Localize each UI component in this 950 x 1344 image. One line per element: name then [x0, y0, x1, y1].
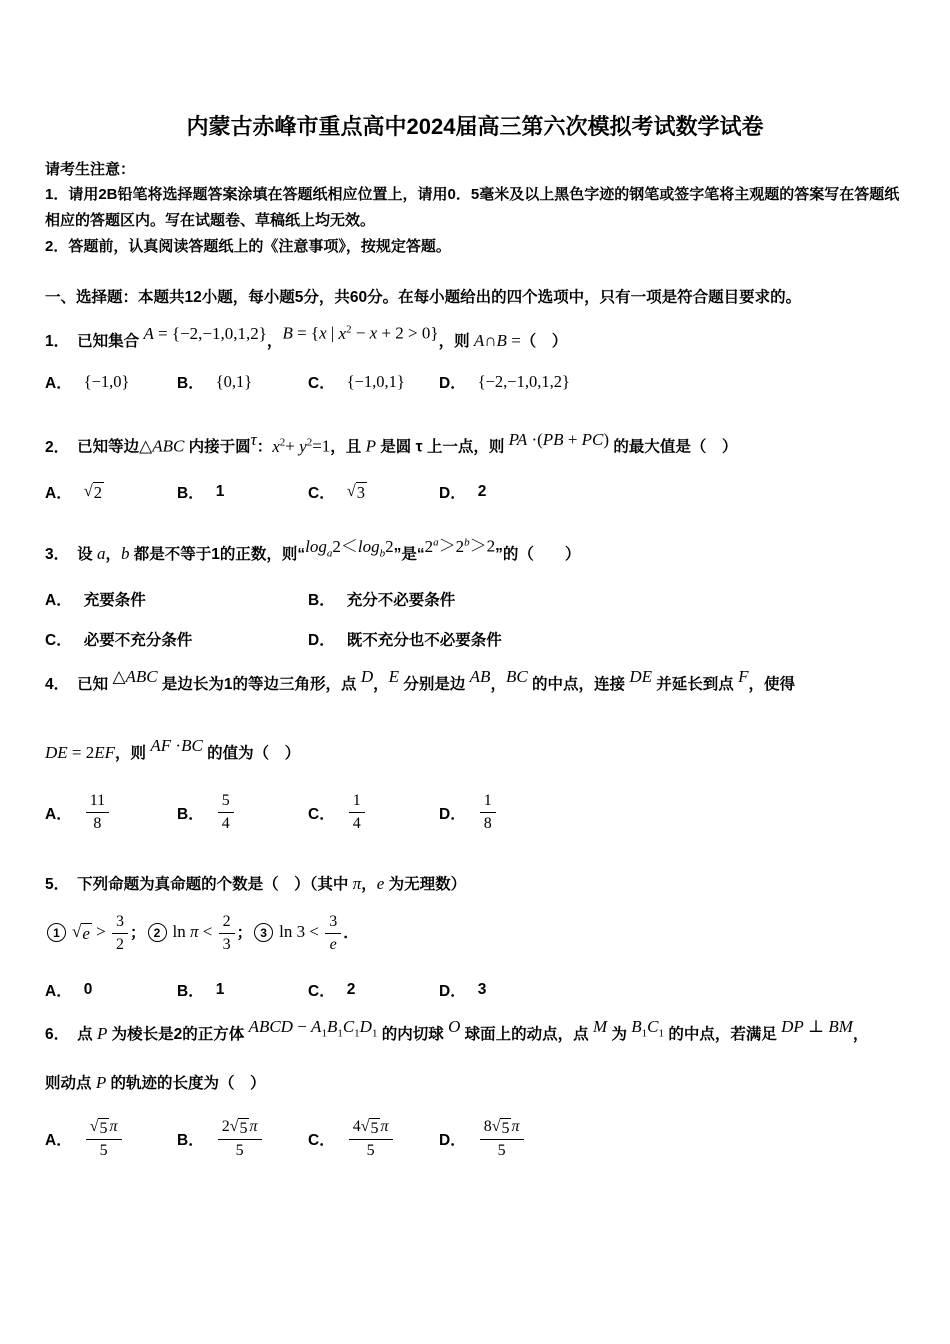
text: ，则: [439, 333, 474, 350]
math-formula: BC: [506, 668, 528, 687]
circled-number: 3: [254, 923, 273, 942]
radical: √5: [361, 1118, 381, 1138]
questions-container: 1．已知集合 A = {−2,−1,0,1,2}，B = {x | x2 − x…: [45, 322, 905, 1167]
text: 3: [478, 981, 487, 998]
math-formula: D: [361, 668, 373, 687]
question-4-stem-line-1: 4．已知 △ABC 是边长为1的等边三角形，点 D，E 分别是边 AB，BC 的…: [45, 666, 905, 704]
subscript-group: C1: [647, 1017, 664, 1036]
option-value: 14: [347, 791, 367, 834]
question-number: 6．: [45, 1026, 69, 1043]
text: ＞: [439, 537, 456, 556]
math-var: π: [353, 874, 362, 893]
question-5-stem-line-1: 5．下列命题为真命题的个数是（ ）（其中 π，e 为无理数）: [45, 865, 905, 904]
text: ·: [171, 736, 181, 755]
circled-number: 2: [148, 923, 167, 942]
text: 1: [353, 792, 361, 809]
option-value: √3: [347, 481, 367, 503]
text: 3: [357, 483, 365, 502]
question-1-stem-line-1: 1．已知集合 A = {−2,−1,0,1,2}，B = {x | x2 − x…: [45, 322, 905, 361]
math-var: BM: [828, 1017, 853, 1036]
option-label: C．: [308, 371, 335, 393]
text: 内接于圆: [184, 439, 250, 456]
text: 2: [385, 537, 394, 556]
option-label: D．: [439, 1128, 466, 1150]
question-1-option-B: B．{0,1}: [177, 371, 308, 393]
math-formula: 118: [84, 801, 111, 820]
option-value: √5π5: [84, 1117, 124, 1161]
option-label: B．: [177, 481, 204, 503]
math-formula: ln π < 23: [173, 922, 237, 941]
math-var: O: [448, 1017, 460, 1036]
text: 为棱长是2的正方体: [107, 1026, 248, 1043]
text: 5: [99, 1120, 107, 1137]
text: ”是“: [394, 546, 425, 563]
math-var: C: [647, 1017, 658, 1036]
question-6-stem-line-2: 则动点 P 的轨迹的长度为（ ）: [45, 1064, 905, 1103]
text: 4: [222, 815, 230, 832]
text: 8: [484, 1118, 492, 1135]
text: 既不充分也不必要条件: [347, 632, 502, 649]
text: |: [327, 324, 339, 343]
option-value: 2√5π5: [216, 1117, 264, 1161]
math-var: τ: [251, 430, 257, 449]
text: 2: [478, 483, 487, 500]
math-var: DE: [629, 667, 652, 686]
text: 设: [77, 546, 97, 563]
text: 分别是边: [399, 676, 470, 693]
radical: √5: [230, 1118, 250, 1138]
text: 充要条件: [84, 592, 146, 609]
option-value: 既不充分也不必要条件: [347, 628, 502, 650]
option-label: B．: [177, 802, 204, 824]
text: 8: [484, 815, 492, 832]
option-value: {−2,−1,0,1,2}: [478, 372, 570, 392]
text: ”的（ ）: [495, 546, 580, 563]
math-var: C: [343, 1017, 354, 1036]
math-var: e: [82, 924, 90, 943]
text: 已知等边: [77, 439, 139, 456]
math-var: y: [299, 437, 307, 456]
page-title: 内蒙古赤峰市重点高中2024届高三第六次模拟考试数学试卷: [45, 112, 905, 142]
question-3-option-A: A．充要条件: [45, 588, 308, 610]
question-6-option-A: A．√5π5: [45, 1117, 177, 1161]
text: 是圆 τ 上一点，则: [376, 439, 509, 456]
math-var: BC: [506, 667, 528, 686]
text: ⊥: [804, 1017, 829, 1036]
math-formula: {0,1}: [216, 372, 252, 391]
fraction: 4√5π5: [349, 1117, 393, 1161]
text: ．: [343, 924, 359, 941]
radical: √5: [90, 1118, 110, 1138]
question-2-option-A: A．√2: [45, 481, 177, 503]
question-1-option-A: A．{−1,0}: [45, 371, 177, 393]
subscript-group: B1: [327, 1017, 343, 1036]
question-5-stem-line-2: 1√e > 32；2ln π < 23；3ln 3 < 3e．: [45, 912, 905, 955]
fraction: 32: [112, 912, 128, 955]
option-label: D．: [439, 371, 466, 393]
text: 2: [425, 537, 434, 556]
question-4-option-A: A．118: [45, 791, 177, 834]
option-label: A．: [45, 802, 72, 824]
text: ，: [361, 876, 377, 893]
text: ): [603, 430, 609, 449]
option-label: C．: [308, 1128, 335, 1150]
radical: √2: [84, 482, 104, 503]
math-formula: 4√5π5: [347, 1127, 395, 1146]
option-value: 118: [84, 791, 111, 834]
text: ，: [490, 676, 506, 693]
math-var: A: [143, 324, 153, 343]
text: 0: [84, 981, 93, 998]
fraction: √5π5: [86, 1117, 122, 1161]
option-label: C．: [308, 979, 335, 1001]
text: ，使得: [749, 676, 796, 693]
math-formula: loga2＜logb2: [305, 538, 393, 559]
math-formula: √5π5: [84, 1127, 124, 1146]
text: 球面上的动点，点: [460, 1026, 593, 1043]
math-formula: △ABC: [139, 437, 184, 456]
math-var: DE: [45, 743, 68, 762]
question-1-option-C: C．{−1,0,1}: [308, 371, 439, 393]
fraction: 8√5π5: [480, 1117, 524, 1161]
text: 并延长到点: [652, 676, 738, 693]
text: △: [139, 437, 152, 456]
question-6-option-C: C．4√5π5: [308, 1117, 439, 1161]
math-formula: √2: [84, 481, 104, 500]
text: 已知: [77, 676, 112, 693]
math-var: P: [97, 1024, 107, 1043]
notice-item-2: 2．答题前，认真阅读答题纸上的《注意事项》，按规定答题。: [45, 234, 905, 260]
option-label: A．: [45, 371, 72, 393]
option-value: 1: [216, 483, 225, 501]
math-formula: {−2,−1,0,1,2}: [478, 372, 570, 391]
radical: √5: [492, 1118, 512, 1138]
math-formula: 54: [216, 801, 236, 820]
option-label: D．: [439, 979, 466, 1001]
fraction: 18: [480, 791, 496, 834]
question-number: 2．: [45, 439, 69, 456]
math-var: D: [360, 1017, 372, 1036]
text: −: [352, 324, 370, 343]
math-formula: B = {x | x2 − x + 2 > 0}: [282, 323, 438, 343]
math-var: x: [272, 437, 280, 456]
option-value: 8√5π5: [478, 1117, 526, 1161]
math-var: PC: [582, 430, 604, 449]
text: ，: [105, 546, 121, 563]
text: =: [507, 331, 521, 350]
question-5-option-A: A．0: [45, 979, 177, 1001]
text: 1: [216, 483, 225, 500]
radical: √3: [347, 482, 367, 503]
option-label: A．: [45, 588, 72, 610]
radical-sign: √: [361, 1118, 370, 1136]
question-4-option-B: B．54: [177, 791, 308, 834]
math-formula: P: [97, 1024, 107, 1043]
text: 5: [236, 1142, 244, 1159]
math-formula: τ: [251, 431, 257, 450]
math-var: π: [380, 1118, 388, 1135]
text: ，则: [115, 745, 150, 762]
text: 必要不充分条件: [84, 632, 193, 649]
option-value: √2: [84, 481, 104, 503]
math-formula: 2a＞2b＞2: [425, 536, 496, 556]
math-formula: 18: [478, 801, 498, 820]
fraction: 3e: [325, 912, 341, 955]
math-var: B: [497, 331, 507, 350]
question-4-stem-line-2: DE = 2EF，则 AF ·BC 的值为（ ）: [45, 734, 905, 773]
text: ln: [173, 922, 190, 941]
text: 的中点，若满足: [664, 1026, 781, 1043]
text: ，且: [330, 439, 365, 456]
math-var: π: [249, 1118, 257, 1135]
question-1-option-D: D．{−2,−1,0,1,2}: [439, 371, 905, 393]
text: 2＜: [332, 537, 358, 556]
text: ，: [267, 333, 283, 350]
text: 充分不必要条件: [347, 592, 456, 609]
text: {−1,0,1}: [347, 372, 405, 391]
text: 8: [93, 815, 101, 832]
math-var: P: [366, 437, 376, 456]
option-label: D．: [439, 802, 466, 824]
question-6-option-D: D．8√5π5: [439, 1117, 905, 1161]
text: 5: [239, 1120, 247, 1137]
text: 4: [353, 815, 361, 832]
option-label: B．: [308, 588, 335, 610]
question-2-option-B: B．1: [177, 481, 308, 503]
math-var: B: [631, 1017, 641, 1036]
text: +: [285, 437, 299, 456]
question-3: 3．设 a，b 都是不等于1的正数，则“loga2＜logb2”是“2a＞2b＞…: [45, 535, 905, 650]
math-formula: π: [353, 874, 362, 893]
question-2-stem-line-1: 2．已知等边△ABC 内接于圆τ：x2+ y2=1，且 P 是圆 τ 上一点，则…: [45, 423, 905, 467]
text: 1: [372, 1027, 378, 1039]
subscript-group: A1: [311, 1017, 327, 1036]
question-1: 1．已知集合 A = {−2,−1,0,1,2}，B = {x | x2 − x…: [45, 322, 905, 393]
option-label: B．: [177, 979, 204, 1001]
option-value: {0,1}: [216, 372, 252, 392]
question-5-option-C: C．2: [308, 979, 439, 1001]
radical-sign: √: [230, 1118, 239, 1136]
text: {0,1}: [216, 372, 252, 391]
subscript-group: loga: [305, 537, 332, 556]
math-var: log: [305, 537, 327, 556]
exam-paper-page: 内蒙古赤峰市重点高中2024届高三第六次模拟考试数学试卷 请考生注意： 1．请用…: [0, 0, 950, 1344]
text: △: [112, 667, 125, 686]
math-formula: △ABC: [112, 668, 157, 687]
subscript-group: D1: [360, 1017, 378, 1036]
math-var: F: [738, 667, 748, 686]
section-title: 一、选择题：本题共12小题，每小题5分，共60分。在每小题给出的四个选项中，只有…: [45, 286, 905, 310]
question-2-option-C: C．√3: [308, 481, 439, 503]
math-formula: DP ⊥ BM: [781, 1018, 853, 1037]
question-3-stem-line-1: 3．设 a，b 都是不等于1的正数，则“loga2＜logb2”是“2a＞2b＞…: [45, 535, 905, 574]
math-formula: x2+ y2=1: [272, 437, 330, 456]
question-1-options: A．{−1,0}B．{0,1}C．{−1,0,1}D．{−2,−1,0,1,2}: [45, 371, 905, 393]
radical-sign: √: [347, 482, 356, 500]
math-formula: DE = 2EF: [45, 743, 115, 762]
fraction: 23: [219, 912, 235, 955]
question-6-options: A．√5π5B．2√5π5C．4√5π5D．8√5π5: [45, 1111, 905, 1167]
option-value: 1: [216, 981, 225, 999]
question-4-option-C: C．14: [308, 791, 439, 834]
question-4-option-D: D．18: [439, 791, 905, 834]
text: （ ）: [521, 333, 568, 350]
question-number: 5．: [45, 876, 69, 893]
subscript-group: logb: [358, 537, 385, 556]
question-2-options: A．√2B．1C．√3D．2: [45, 481, 905, 503]
question-5-option-B: B．1: [177, 979, 308, 1001]
math-formula: AF ·BC: [150, 737, 202, 756]
question-3-options: A．充要条件B．充分不必要条件C．必要不充分条件D．既不充分也不必要条件: [45, 588, 905, 650]
math-var: π: [511, 1118, 519, 1135]
subscript-group: B1: [631, 1017, 647, 1036]
circled-number: 1: [47, 923, 66, 942]
text: ＞2: [470, 537, 496, 556]
radical-sign: √: [492, 1118, 501, 1136]
option-label: A．: [45, 1128, 72, 1150]
question-6: 6．点 P 为棱长是2的正方体 ABCD − A1B1C1D1 的内切球 O 球…: [45, 1015, 905, 1167]
math-formula: DE: [629, 668, 652, 687]
text: = {−2,−1,0,1,2}: [154, 324, 267, 343]
math-formula: 14: [347, 801, 367, 820]
option-value: {−1,0}: [84, 372, 130, 392]
fraction: 14: [349, 791, 365, 834]
notice-header: 请考生注意：: [45, 158, 905, 182]
text: 点: [77, 1026, 97, 1043]
option-value: 2: [478, 483, 487, 501]
math-var: B: [327, 1017, 337, 1036]
math-var: A: [474, 331, 484, 350]
text: 11: [90, 792, 105, 809]
text: ；: [237, 924, 253, 941]
math-var: AB: [470, 667, 491, 686]
text: 5: [100, 1142, 108, 1159]
superscript-group: 2a: [425, 537, 439, 556]
fraction: 54: [218, 791, 234, 834]
option-value: 0: [84, 981, 93, 999]
text: 是边长为1的等边三角形，点: [158, 676, 361, 693]
text: 5: [222, 792, 230, 809]
superscript-group: x2: [272, 437, 285, 456]
math-var: AF: [150, 736, 171, 755]
text: 1: [659, 1027, 665, 1039]
radical-sign: √: [84, 482, 93, 500]
question-number: 4．: [45, 676, 69, 693]
option-label: A．: [45, 481, 72, 503]
text: 都是不等于1的正数，则“: [129, 546, 305, 563]
question-3-option-B: B．充分不必要条件: [308, 588, 905, 610]
text: =1: [312, 437, 330, 456]
text: 2: [223, 913, 231, 930]
math-var: E: [389, 667, 399, 686]
option-label: C．: [45, 628, 72, 650]
option-value: 必要不充分条件: [84, 628, 193, 650]
question-6-stem-line-1: 6．点 P 为棱长是2的正方体 ABCD − A1B1C1D1 的内切球 O 球…: [45, 1015, 905, 1054]
text: 5: [498, 1142, 506, 1159]
option-label: C．: [308, 802, 335, 824]
text: {−1,0}: [84, 372, 130, 391]
math-formula: {−1,0,1}: [347, 372, 405, 391]
text: 2: [222, 1118, 230, 1135]
text: ，: [853, 1026, 869, 1043]
text: + 2 > 0}: [377, 324, 438, 343]
text: <: [199, 922, 217, 941]
text: ，: [373, 676, 389, 693]
text: 5: [501, 1120, 509, 1137]
math-var: D: [361, 667, 373, 686]
math-formula: P: [96, 1073, 106, 1092]
notice-item-1: 1．请用2B铅笔将选择题答案涂填在答题纸相应位置上，请用0．5毫米及以上黑色字迹…: [45, 182, 905, 234]
math-var: BC: [181, 736, 203, 755]
text: 的最大值是（ ）: [609, 439, 737, 456]
math-formula: O: [448, 1018, 460, 1037]
text: 为无理数）: [384, 876, 466, 893]
math-var: log: [358, 537, 380, 556]
math-formula: A∩B =: [474, 331, 521, 350]
text: 为: [607, 1026, 631, 1043]
text: 5: [370, 1120, 378, 1137]
text: 2: [347, 981, 356, 998]
question-4: 4．已知 △ABC 是边长为1的等边三角形，点 D，E 分别是边 AB，BC 的…: [45, 666, 905, 841]
math-formula: √3: [347, 481, 367, 500]
question-2: 2．已知等边△ABC 内接于圆τ：x2+ y2=1，且 P 是圆 τ 上一点，则…: [45, 423, 905, 503]
radical: √e: [72, 923, 92, 944]
text: ；: [130, 924, 146, 941]
option-label: A．: [45, 979, 72, 1001]
math-formula: 2√5π5: [216, 1127, 264, 1146]
text: 4: [353, 1118, 361, 1135]
superscript-group: 2b: [456, 537, 470, 556]
text: 2: [116, 936, 124, 953]
option-label: C．: [308, 481, 335, 503]
superscript-group: y2: [299, 437, 312, 456]
question-6-option-B: B．2√5π5: [177, 1117, 308, 1161]
question-3-option-D: D．既不充分也不必要条件: [308, 628, 905, 650]
math-formula: ln 3 < 3e: [279, 922, 343, 941]
option-label: D．: [439, 481, 466, 503]
math-var: ABC: [152, 437, 184, 456]
question-5-option-D: D．3: [439, 979, 905, 1001]
math-formula: A = {−2,−1,0,1,2}: [143, 325, 266, 344]
option-label: B．: [177, 371, 204, 393]
radical-sign: √: [90, 1118, 99, 1136]
text: 5: [367, 1142, 375, 1159]
question-5-options: A．0B．1C．2D．3: [45, 979, 905, 1001]
math-formula: {−1,0}: [84, 372, 130, 391]
math-var: ABCD: [249, 1017, 293, 1036]
text: 3: [116, 913, 124, 930]
text: ln 3 <: [279, 922, 323, 941]
option-value: 充要条件: [84, 588, 146, 610]
option-label: B．: [177, 1128, 204, 1150]
text: 2: [94, 483, 102, 502]
option-value: 18: [478, 791, 498, 834]
math-formula: √e > 32: [72, 922, 130, 941]
question-number: 3．: [45, 546, 69, 563]
math-formula: E: [389, 668, 399, 687]
option-value: 2: [347, 981, 356, 999]
math-formula: P: [366, 437, 376, 456]
math-var: x: [339, 324, 347, 343]
text: >: [92, 922, 110, 941]
math-var: ABC: [126, 667, 158, 686]
option-value: 4√5π5: [347, 1117, 395, 1161]
question-3-option-C: C．必要不充分条件: [45, 628, 308, 650]
subscript-group: C1: [343, 1017, 360, 1036]
text: = {: [293, 324, 319, 343]
question-number: 1．: [45, 333, 69, 350]
math-var: PA: [509, 430, 528, 449]
